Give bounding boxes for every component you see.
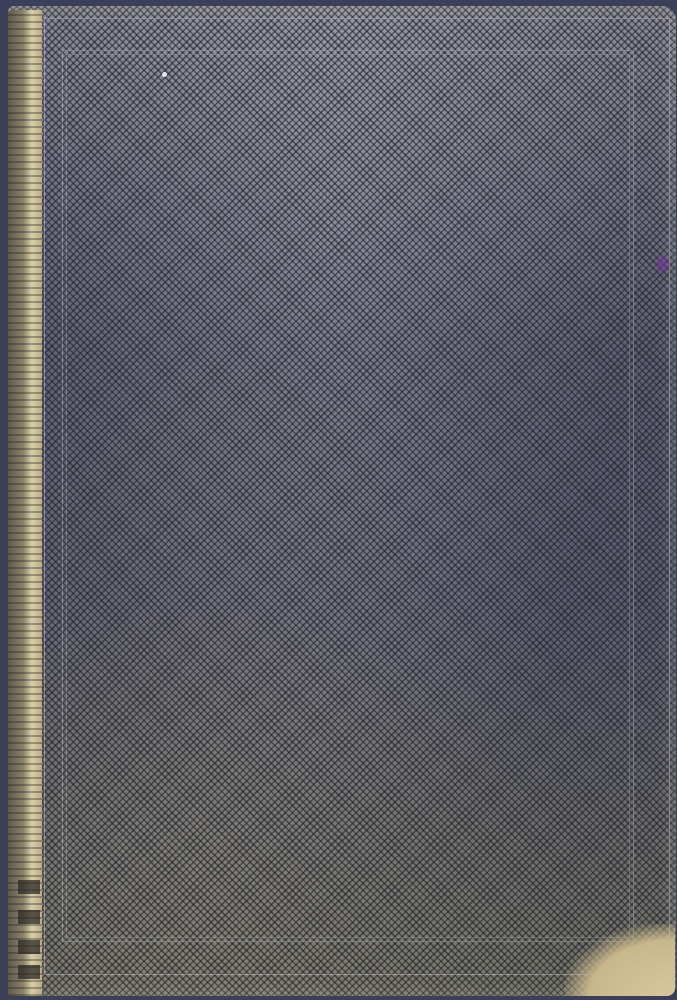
book-spine bbox=[8, 10, 42, 996]
ink-stain bbox=[653, 252, 671, 276]
spine-band bbox=[18, 940, 40, 954]
white-speck bbox=[162, 72, 167, 77]
spine-band bbox=[18, 965, 40, 979]
spine-band bbox=[18, 880, 40, 894]
blind-stamped-frame-inner bbox=[66, 54, 630, 938]
background-surface bbox=[0, 0, 677, 1000]
spine-band bbox=[18, 910, 40, 924]
